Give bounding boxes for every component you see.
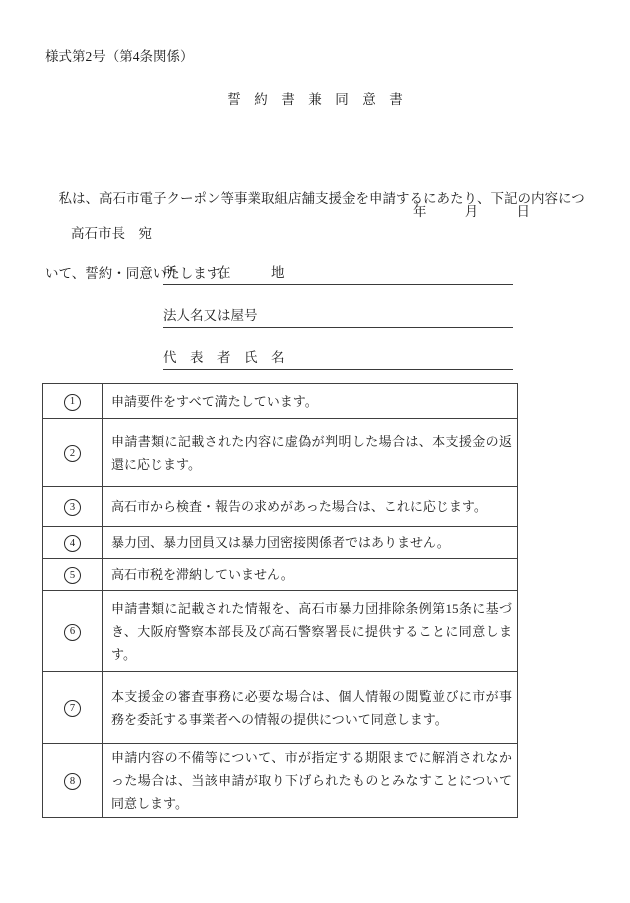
pledge-text: 高石市税を滞納していません。	[103, 559, 518, 591]
table-row: 8申請内容の不備等について、市が指定する期限までに解消されなかった場合は、当該申…	[43, 744, 518, 818]
addressee: 高石市長 宛	[71, 226, 152, 242]
table-row: 6申請書類に記載された情報を、高石市暴力団排除条例第15条に基づき、大阪府警察本…	[43, 591, 518, 672]
pledge-table: 1申請要件をすべて満たしています。2申請書類に記載された内容に虚偽が判明した場合…	[42, 383, 518, 818]
circled-number-icon: 4	[64, 535, 81, 552]
pledge-text: 申請内容の不備等について、市が指定する期限までに解消されなかった場合は、当該申請…	[103, 744, 518, 818]
circled-number-icon: 5	[64, 567, 81, 584]
pledge-table-body: 1申請要件をすべて満たしています。2申請書類に記載された内容に虚偽が判明した場合…	[43, 384, 518, 818]
day-label: 日	[517, 204, 531, 220]
field-representative-name-label: 代 表 者 氏 名	[163, 350, 285, 366]
document-page: 様式第2号（第4条関係） 誓 約 書 兼 同 意 書 私は、高石市電子クーポン等…	[0, 0, 630, 903]
row-number-cell: 2	[43, 419, 103, 487]
row-number-cell: 1	[43, 384, 103, 419]
pledge-text: 申請書類に記載された情報を、高石市暴力団排除条例第15条に基づき、大阪府警察本部…	[103, 591, 518, 672]
circled-number-icon: 7	[64, 700, 81, 717]
pledge-text: 申請書類に記載された内容に虚偽が判明した場合は、本支援金の返還に応じます。	[103, 419, 518, 487]
year-label: 年	[413, 204, 427, 220]
row-number-cell: 6	[43, 591, 103, 672]
circled-number-icon: 3	[64, 499, 81, 516]
row-number-cell: 4	[43, 527, 103, 559]
pledge-text: 本支援金の審査事務に必要な場合は、個人情報の閲覧並びに市が事務を委託する事業者へ…	[103, 672, 518, 744]
row-number-cell: 5	[43, 559, 103, 591]
table-row: 5高石市税を滞納していません。	[43, 559, 518, 591]
table-row: 1申請要件をすべて満たしています。	[43, 384, 518, 419]
field-address-label: 所 在 地	[163, 265, 285, 281]
form-number: 様式第2号（第4条関係）	[45, 49, 194, 64]
circled-number-icon: 1	[64, 394, 81, 411]
row-number-cell: 3	[43, 487, 103, 527]
pledge-text: 暴力団、暴力団員又は暴力団密接関係者ではありません。	[103, 527, 518, 559]
field-company-name-label: 法人名又は屋号	[163, 308, 258, 324]
document-title: 誓 約 書 兼 同 意 書	[0, 92, 630, 108]
circled-number-icon: 8	[64, 773, 81, 790]
field-company-name: 法人名又は屋号	[163, 306, 513, 328]
field-representative-name: 代 表 者 氏 名	[163, 348, 513, 370]
circled-number-icon: 6	[64, 624, 81, 641]
field-address: 所 在 地	[163, 263, 513, 285]
pledge-text: 申請要件をすべて満たしています。	[103, 384, 518, 419]
table-row: 3高石市から検査・報告の求めがあった場合は、これに応じます。	[43, 487, 518, 527]
table-row: 2申請書類に記載された内容に虚偽が判明した場合は、本支援金の返還に応じます。	[43, 419, 518, 487]
table-row: 4暴力団、暴力団員又は暴力団密接関係者ではありません。	[43, 527, 518, 559]
date-line: 年 月 日	[413, 204, 530, 220]
pledge-text: 高石市から検査・報告の求めがあった場合は、これに応じます。	[103, 487, 518, 527]
circled-number-icon: 2	[64, 445, 81, 462]
row-number-cell: 7	[43, 672, 103, 744]
table-row: 7本支援金の審査事務に必要な場合は、個人情報の閲覧並びに市が事務を委託する事業者…	[43, 672, 518, 744]
month-label: 月	[465, 204, 479, 220]
row-number-cell: 8	[43, 744, 103, 818]
